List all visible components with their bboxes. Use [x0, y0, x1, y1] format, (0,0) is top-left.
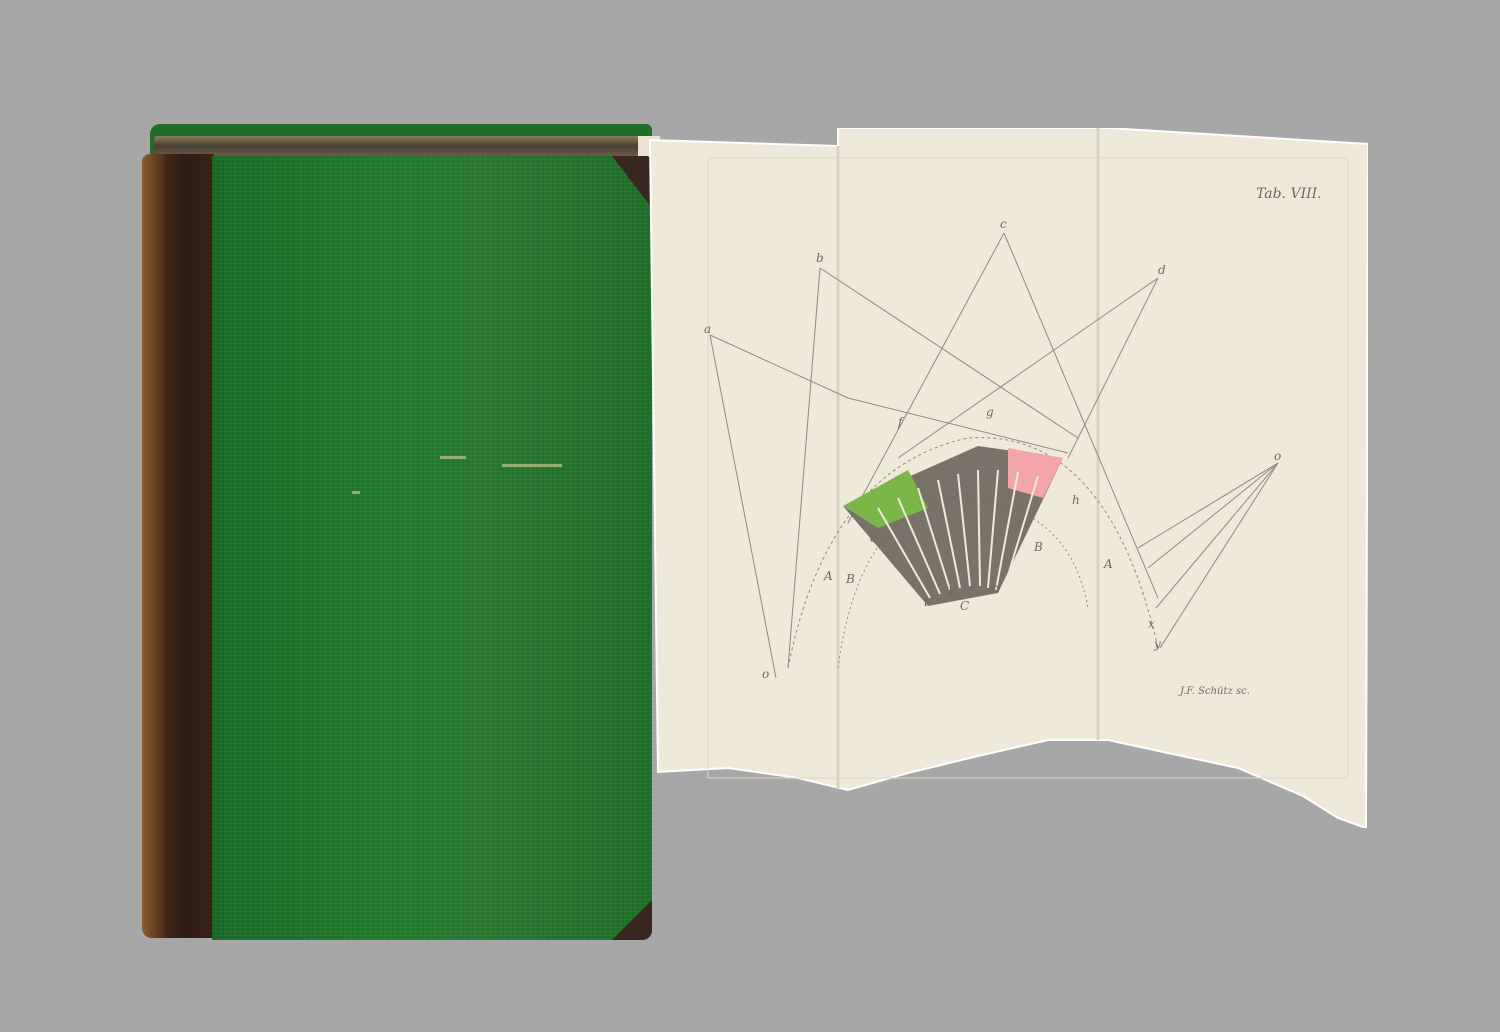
- svg-text:B: B: [845, 572, 855, 586]
- cover-scuff: [352, 491, 360, 494]
- svg-text:e: e: [870, 531, 877, 545]
- svg-text:o: o: [762, 667, 769, 681]
- leather-corner-bottom: [612, 900, 652, 940]
- svg-text:y: y: [1153, 637, 1161, 651]
- svg-text:a: a: [704, 322, 711, 336]
- plate-drawing: abc dfg hoe ABB ACi klm xyo: [648, 128, 1368, 828]
- svg-text:h: h: [1072, 493, 1080, 507]
- engraved-plate: abc dfg hoe ABB ACi klm xyo Tab. VIII. J…: [648, 128, 1368, 828]
- svg-text:d: d: [1158, 263, 1166, 277]
- svg-text:x: x: [1148, 617, 1155, 631]
- svg-text:i: i: [924, 595, 928, 609]
- plate-title: Tab. VIII.: [1256, 186, 1322, 202]
- book-spine-wear: [142, 154, 166, 938]
- svg-text:C: C: [960, 599, 969, 613]
- leather-corner-top: [612, 156, 652, 208]
- svg-text:B: B: [1033, 540, 1043, 554]
- svg-text:c: c: [1000, 217, 1007, 231]
- engraver-signature: J.F. Schütz sc.: [1180, 686, 1250, 697]
- book-page-edge: [154, 136, 644, 156]
- cover-scuff: [440, 456, 466, 459]
- svg-text:m: m: [988, 581, 999, 595]
- svg-text:g: g: [986, 405, 994, 419]
- cover-scuff: [502, 464, 562, 467]
- svg-text:l: l: [970, 579, 974, 593]
- svg-text:o: o: [1274, 449, 1281, 463]
- cloth-texture: [212, 156, 652, 940]
- svg-text:k: k: [948, 585, 955, 599]
- book: [142, 124, 654, 940]
- book-cover: [212, 156, 652, 940]
- svg-text:b: b: [816, 251, 824, 265]
- svg-text:A: A: [823, 569, 833, 583]
- svg-text:A: A: [1103, 557, 1113, 571]
